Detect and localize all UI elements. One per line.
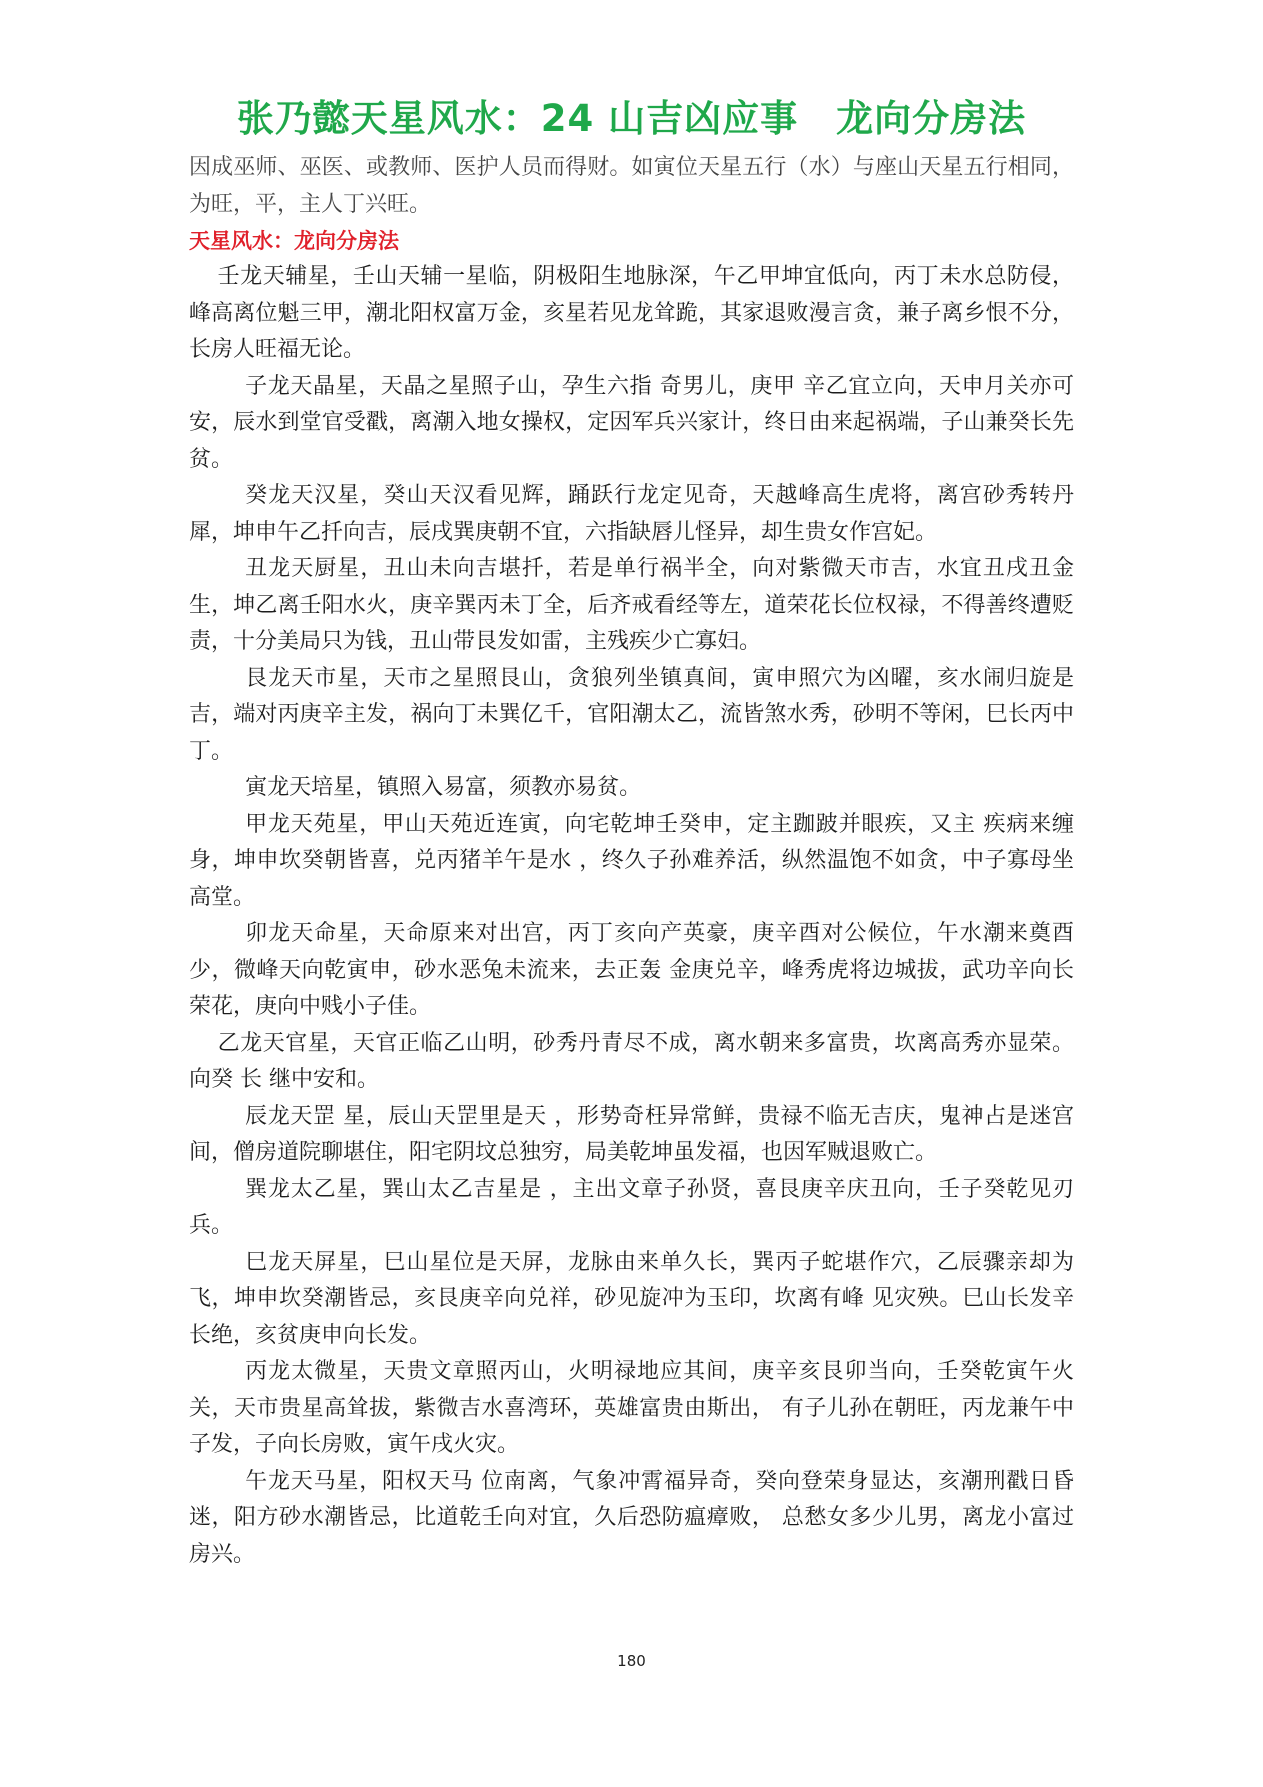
paragraph-bing-dragon: 丙龙太微星，天贵文章照丙山，火明禄地应其间，庚辛亥艮卯当向，壬癸乾寅午火关，天市…	[189, 1354, 1074, 1464]
paragraph-gui-dragon: 癸龙天汉星，癸山天汉看见辉，踊跃行龙定见奇，天越峰高生虎将，离宫砂秀转丹犀，坤申…	[189, 478, 1074, 551]
paragraph-wu-dragon: 午龙天马星，阳权天马 位南离，气象冲霄福异奇，癸向登荣身显达，亥潮刑戳日昏迷，阳…	[189, 1464, 1074, 1574]
page-number: 180	[0, 1652, 1263, 1670]
paragraph-ren-dragon: 壬龙天辅星，壬山天辅一星临，阴极阳生地脉深，午乙甲坤宜低向，丙丁未水总防侵，峰高…	[189, 259, 1074, 369]
paragraph-jia-dragon: 甲龙天苑星，甲山天苑近连寅，向宅乾坤壬癸申，定主跏跛并眼疾，又主 疾病来缠身，坤…	[189, 807, 1074, 917]
paragraph-yi-dragon: 乙龙天官星，天官正临乙山明，砂秀丹青尽不成，离水朝来多富贵，坎离高秀亦显荣。向癸…	[189, 1026, 1074, 1099]
document-body: 因成巫师、巫医、或教师、医护人员而得财。如寅位天星五行（水）与座山天星五行相同，…	[189, 150, 1074, 1573]
paragraph-zi-dragon: 子龙天晶星，天晶之星照子山，孕生六指 奇男儿，庚甲 辛乙宜立向，天申月关亦可安，…	[189, 369, 1074, 479]
paragraph-si-dragon: 巳龙天屏星，巳山星位是天屏，龙脉由来单久长，巽丙子蛇堪作穴，乙辰骤亲却为飞，坤申…	[189, 1245, 1074, 1355]
section-heading: 天星风水：龙向分房法	[189, 223, 1074, 259]
paragraph-xun-dragon: 巽龙太乙星，巽山太乙吉星是 ，主出文章子孙贤，喜艮庚辛庆丑向，壬子癸乾见刃兵。	[189, 1172, 1074, 1245]
paragraph-gen-dragon: 艮龙天市星，天市之星照艮山，贪狼列坐镇真间，寅申照穴为凶曜，亥水闹归旋是吉，端对…	[189, 661, 1074, 771]
page-title: 张乃懿天星风水：24 山吉凶应事 龙向分房法	[0, 88, 1263, 142]
paragraph-yin-dragon: 寅龙天培星，镇照入易富，须教亦易贫。	[189, 770, 1074, 807]
paragraph-chou-dragon: 丑龙天厨星，丑山未向吉堪扦，若是单行祸半全，向对紫微天市吉，水宜丑戌丑金生，坤乙…	[189, 551, 1074, 661]
paragraph-chen-dragon: 辰龙天罡 星，辰山天罡里是天 ，形势奇枉异常鲜，贵禄不临无吉庆，鬼神占是迷宫间，…	[189, 1099, 1074, 1172]
paragraph-mao-dragon: 卯龙天命星，天命原来对出宫，丙丁亥向产英豪，庚辛酉对公候位，午水潮来奠酉少，微峰…	[189, 916, 1074, 1026]
intro-paragraph: 因成巫师、巫医、或教师、医护人员而得财。如寅位天星五行（水）与座山天星五行相同，…	[189, 150, 1074, 223]
